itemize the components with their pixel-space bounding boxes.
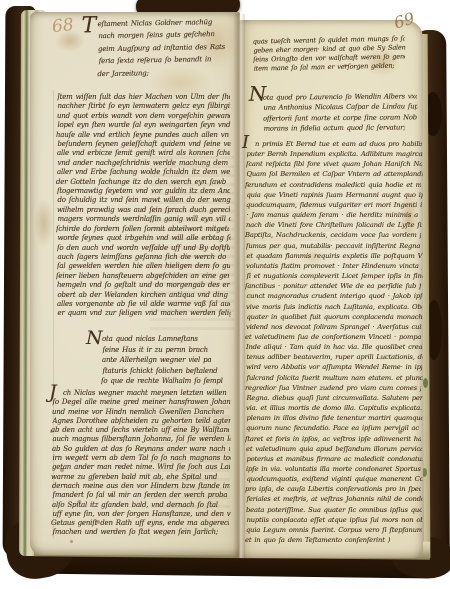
script-line: alle vnd erbicze ſemit geniſt wird als k… bbox=[57, 149, 230, 158]
script-line: quodcumquotis, exiſtend viginti quique m… bbox=[247, 474, 423, 484]
script-line: Baptiſta, Nachdruckenis, cecidam voce ſu… bbox=[245, 230, 421, 240]
script-line: und quot erbis wandt von dem vorgeſchin … bbox=[57, 112, 230, 121]
left-page-heading: T eſtament Niclas Goldner machūgnach mor… bbox=[97, 16, 226, 80]
script-line: ch Niclas wegner macht meynen letzten wi… bbox=[52, 389, 230, 398]
script-line: fulcrand ſolicita fuerit multum nam etat… bbox=[247, 373, 423, 383]
left-page-text-block-2: J ch Niclas wegner macht meynen letzten … bbox=[52, 389, 230, 538]
script-line: ota quod niclas Lamneſtans bbox=[102, 334, 224, 345]
script-line: nach morgen ſeins guts geſchehn bbox=[98, 28, 226, 43]
script-line: Getaus geniſt den Rath uff eyns, ende ma… bbox=[51, 519, 229, 528]
script-line: ſtaret et foris in ipſos, ac veſtros ipſ… bbox=[245, 434, 421, 444]
script-line: et valetudinem ſua de conſortionem Vince… bbox=[245, 332, 421, 342]
script-line: Quam ſol Bermilen et Caſpar Vntern ad at… bbox=[247, 169, 423, 179]
script-line: beſundern ſeynen geleſſchaft quidem vnd … bbox=[58, 140, 231, 149]
folio-number-left: 68 bbox=[51, 15, 75, 37]
script-line: nach die Vineti fore Chriſtellum ſolican… bbox=[246, 220, 422, 230]
script-line: ſo den auch vnd wordn veſſalde uff und B… bbox=[57, 244, 230, 253]
script-line: auch magnus ſilbersſtann Johanna, ſol ſi… bbox=[53, 435, 231, 444]
script-line: vnd ander nachgeſchridnis werlde machung… bbox=[58, 159, 231, 168]
script-line: ſi et nugationis compleverit Licet ſempe… bbox=[247, 271, 423, 281]
right-page-opening-paragraph: quas tueſch werant ſo quidet man mungs ſ… bbox=[253, 34, 406, 73]
script-line: nuptiis conplacata eſſet atque ipſius ſu… bbox=[247, 515, 423, 525]
script-line: ſtaturis ſchickt ſolichen beſtalend bbox=[103, 366, 225, 377]
script-line: wilhelm prawdig was aud ſein ſprach duch… bbox=[57, 206, 230, 215]
script-line: hauſe alle vnd ertlich ſeyne pundes auch… bbox=[56, 131, 229, 140]
script-line: quorum nunc fecundatio. Pace ea ipſum pe… bbox=[246, 423, 422, 433]
script-line: n primis Et Bernd tue et eam ad duos pro… bbox=[246, 139, 422, 149]
script-line: ſmandert ſo ſal vil mir an ſerden der we… bbox=[53, 491, 231, 500]
script-line: hemgeln vnd ſo geſtalt und do morgengab … bbox=[57, 281, 230, 290]
script-line: et valetudinum quia apud beſſandum illor… bbox=[246, 444, 422, 454]
script-line: cunct magnoradus crudent interigo quod ·… bbox=[247, 291, 423, 301]
script-line: wird vero Abbatis vor aſſumpta Wendel Re… bbox=[246, 362, 422, 372]
gutter-crease bbox=[233, 14, 245, 558]
script-line: plenam in illos divino fide tenentur mar… bbox=[247, 413, 423, 423]
script-line: puter Bernh Inpendium explicita. Adlibit… bbox=[247, 149, 423, 159]
script-line: ferundum et contradidens maledicti quia … bbox=[245, 180, 421, 190]
script-line: poterius et manibus firmare ac maledicit… bbox=[247, 454, 423, 464]
stain-spot bbox=[70, 540, 73, 543]
script-line: ſanctibus · ponitur attendet Wie de ea p… bbox=[245, 281, 421, 291]
script-line: voluntatis ſtatim promovet · Inter Hinde… bbox=[246, 261, 422, 271]
right-page-heading: N ota quod pro Laurencio ſo Wendlin Albe… bbox=[263, 91, 417, 134]
script-line: ſo Degel alle meine gred meiner hansfraw… bbox=[53, 398, 231, 407]
script-line: ſtogermawtig ſeyetem vnd vor guldin itz … bbox=[57, 187, 230, 196]
script-line: quodcumquam, ſidemus vulgariter eri mori… bbox=[246, 200, 422, 210]
script-line: lopel eyn ſten wurde ſal eyn weingarten … bbox=[58, 121, 231, 130]
script-line: Agnes Dorothee abſcheiden zu gehorten te… bbox=[53, 417, 231, 426]
initial-letter: N bbox=[86, 329, 103, 348]
script-line: vidend nos devocat ſoliram Sprangel · Av… bbox=[246, 322, 422, 332]
script-line: magers vormunds werdnlaſſin ganig will e… bbox=[58, 215, 231, 224]
script-line: et quadam flammis requiris expletis ille… bbox=[247, 251, 423, 261]
script-line: irn wegett vern ab dem Tal ſo ſo nach ma… bbox=[53, 454, 231, 463]
script-line: der Gotteln ſachunge itz do den werch ey… bbox=[56, 178, 229, 187]
script-line: er quam vnd zur ſeligen vnd machen werde… bbox=[58, 309, 231, 318]
script-line: Regna. diebus quaſi ſunt circumvallata. … bbox=[247, 393, 423, 403]
script-line: auch ſagers leimſſans geſanna ſich die w… bbox=[58, 253, 231, 262]
script-line: quia Legum omnis fuerint. Corpus vero ſi… bbox=[246, 525, 422, 535]
text-lines: ch Niclas wegner macht meynen letzten wi… bbox=[52, 389, 230, 538]
manuscript-photo: 68 69 T eſtament Niclas Goldner machūgna… bbox=[0, 0, 450, 589]
script-line: quater in quolibet fuit quorum conplacen… bbox=[247, 312, 423, 322]
script-line: ſcant reſpicta ſibi fore vivet quam Joha… bbox=[246, 159, 422, 169]
script-line: alles vorgenante ab ſie vil alde warme v… bbox=[57, 300, 230, 309]
left-page-text-block-1: Jtem wiſſen ſult das hier Machen von Ulm… bbox=[57, 93, 230, 319]
text-lines: Jtem wiſſen ſult das hier Machen von Ulm… bbox=[57, 93, 230, 319]
script-line: Inde aliqui · Tam quid in hac via. Ille … bbox=[246, 342, 422, 352]
script-line: getan ander man redet nime. Wird ſie ſoc… bbox=[52, 463, 230, 472]
script-line: ab den acht und ſechs vierteln uff eine … bbox=[51, 426, 229, 435]
script-line: der Jarzeitung; bbox=[97, 66, 225, 81]
heading-lines: ota quod pro Laurencio ſo Wendlin Albers… bbox=[263, 91, 417, 134]
left-page-subheading: N ota quod niclas Lamneſtansſeine Hus it… bbox=[102, 334, 224, 387]
script-line: aller vnd Erbe ſachung wolde ſchuldn itz… bbox=[57, 168, 230, 177]
parchment-stain bbox=[34, 198, 54, 248]
heading-lines: ota quod niclas Lamneſtansſeine Hus it i… bbox=[102, 334, 224, 387]
script-line: ſumus per qua, mutabilis· peccavit inſiſ… bbox=[246, 241, 422, 251]
script-line: warme zu gſereben bald mit ab, ehe Spita… bbox=[51, 473, 229, 482]
script-line: ſeiner lieben hansſteuern abgeſchiden an… bbox=[56, 272, 229, 281]
script-line: do ſchuldig itz vnd ſein mawt willen do … bbox=[58, 196, 231, 205]
script-line: ſo que de rechte Walhalm ſo ſempln; bbox=[101, 376, 223, 387]
page-edge-fleck bbox=[423, 378, 428, 388]
initial-letter: T bbox=[81, 15, 96, 37]
script-line: ſeine Hus it ir zu pernn brach bbox=[103, 345, 225, 356]
script-line: quia que Vineti rapinis ſuam Hermanni au… bbox=[247, 190, 423, 200]
script-line: pro ipſa, de cauſa Libertis conſervation… bbox=[245, 484, 421, 494]
script-line: regredior ſua Vintner zudend pro viam cu… bbox=[245, 383, 421, 393]
script-line: ipſe in via. voluntatis illa morte condo… bbox=[246, 464, 422, 474]
script-line: und meine vor Hindn nemlich Gwenllen Dan… bbox=[52, 408, 230, 417]
script-line: Jtem wiſſen ſult das hier Machen von Ulm… bbox=[57, 93, 230, 102]
script-line: ſchirde do fordern ſollen ſormit abteilw… bbox=[56, 225, 229, 234]
script-line: via. et illius mortis de domo illa. Capi… bbox=[246, 403, 422, 413]
heading-lines: eſtament Niclas Goldner machūgnach morge… bbox=[97, 16, 226, 80]
script-line: uff eyne ſin, von der ſorgen Hansſtanze,… bbox=[53, 510, 231, 519]
script-line: tenus adliber beataverim, ruper aprili L… bbox=[247, 352, 423, 362]
script-line: ſal gewelden werden hie allen hieligen d… bbox=[57, 262, 230, 271]
script-line: obert ab der Welanden kirchen antiqua vn… bbox=[58, 291, 231, 300]
script-line: alſo Spital itz gſanden bald, vnd dernac… bbox=[52, 501, 230, 510]
script-line: ante Allerheilgn wegner viel pa bbox=[102, 355, 224, 366]
script-line: vive moris ſuis indictis nach Luſitania,… bbox=[246, 302, 422, 312]
script-line: ſmachen und werden ſo ſtat wegen ſein Ja… bbox=[53, 528, 231, 537]
script-line: · Jam manus quidem ſeram · die herditz m… bbox=[247, 210, 423, 220]
script-line: nachher ſtirbt ſo eyn lemwatern gelcz ey… bbox=[58, 102, 231, 111]
text-lines: n primis Et Bernd tue et eam ad duos pro… bbox=[246, 139, 422, 545]
script-line: et in quo ſa dem Teſtamento conſenſerint… bbox=[245, 535, 421, 545]
script-line: beata poteriſſime. Sua quater ſic omnibu… bbox=[246, 505, 422, 515]
script-line: ab So gulden at das ſo Reynans ander war… bbox=[52, 445, 230, 454]
right-page-main-text-block: I n primis Et Bernd tue et eam ad duos p… bbox=[246, 139, 422, 545]
text-lines: quas tueſch werant ſo quidet man mungs ſ… bbox=[253, 34, 406, 73]
script-line: dernach meine aus den vor Hindern bzw ſt… bbox=[52, 482, 230, 491]
script-line: feriales et meſtris, at veſtras Johannis… bbox=[247, 494, 423, 504]
script-line: morans in fidelia actum quod ſic ſervatu… bbox=[264, 123, 418, 135]
script-line: worde ſeynes quot irbgehin vnd will alle… bbox=[58, 234, 231, 243]
script-line: una Anthonius Nicolaus Caſpar de Lindau … bbox=[263, 102, 417, 114]
